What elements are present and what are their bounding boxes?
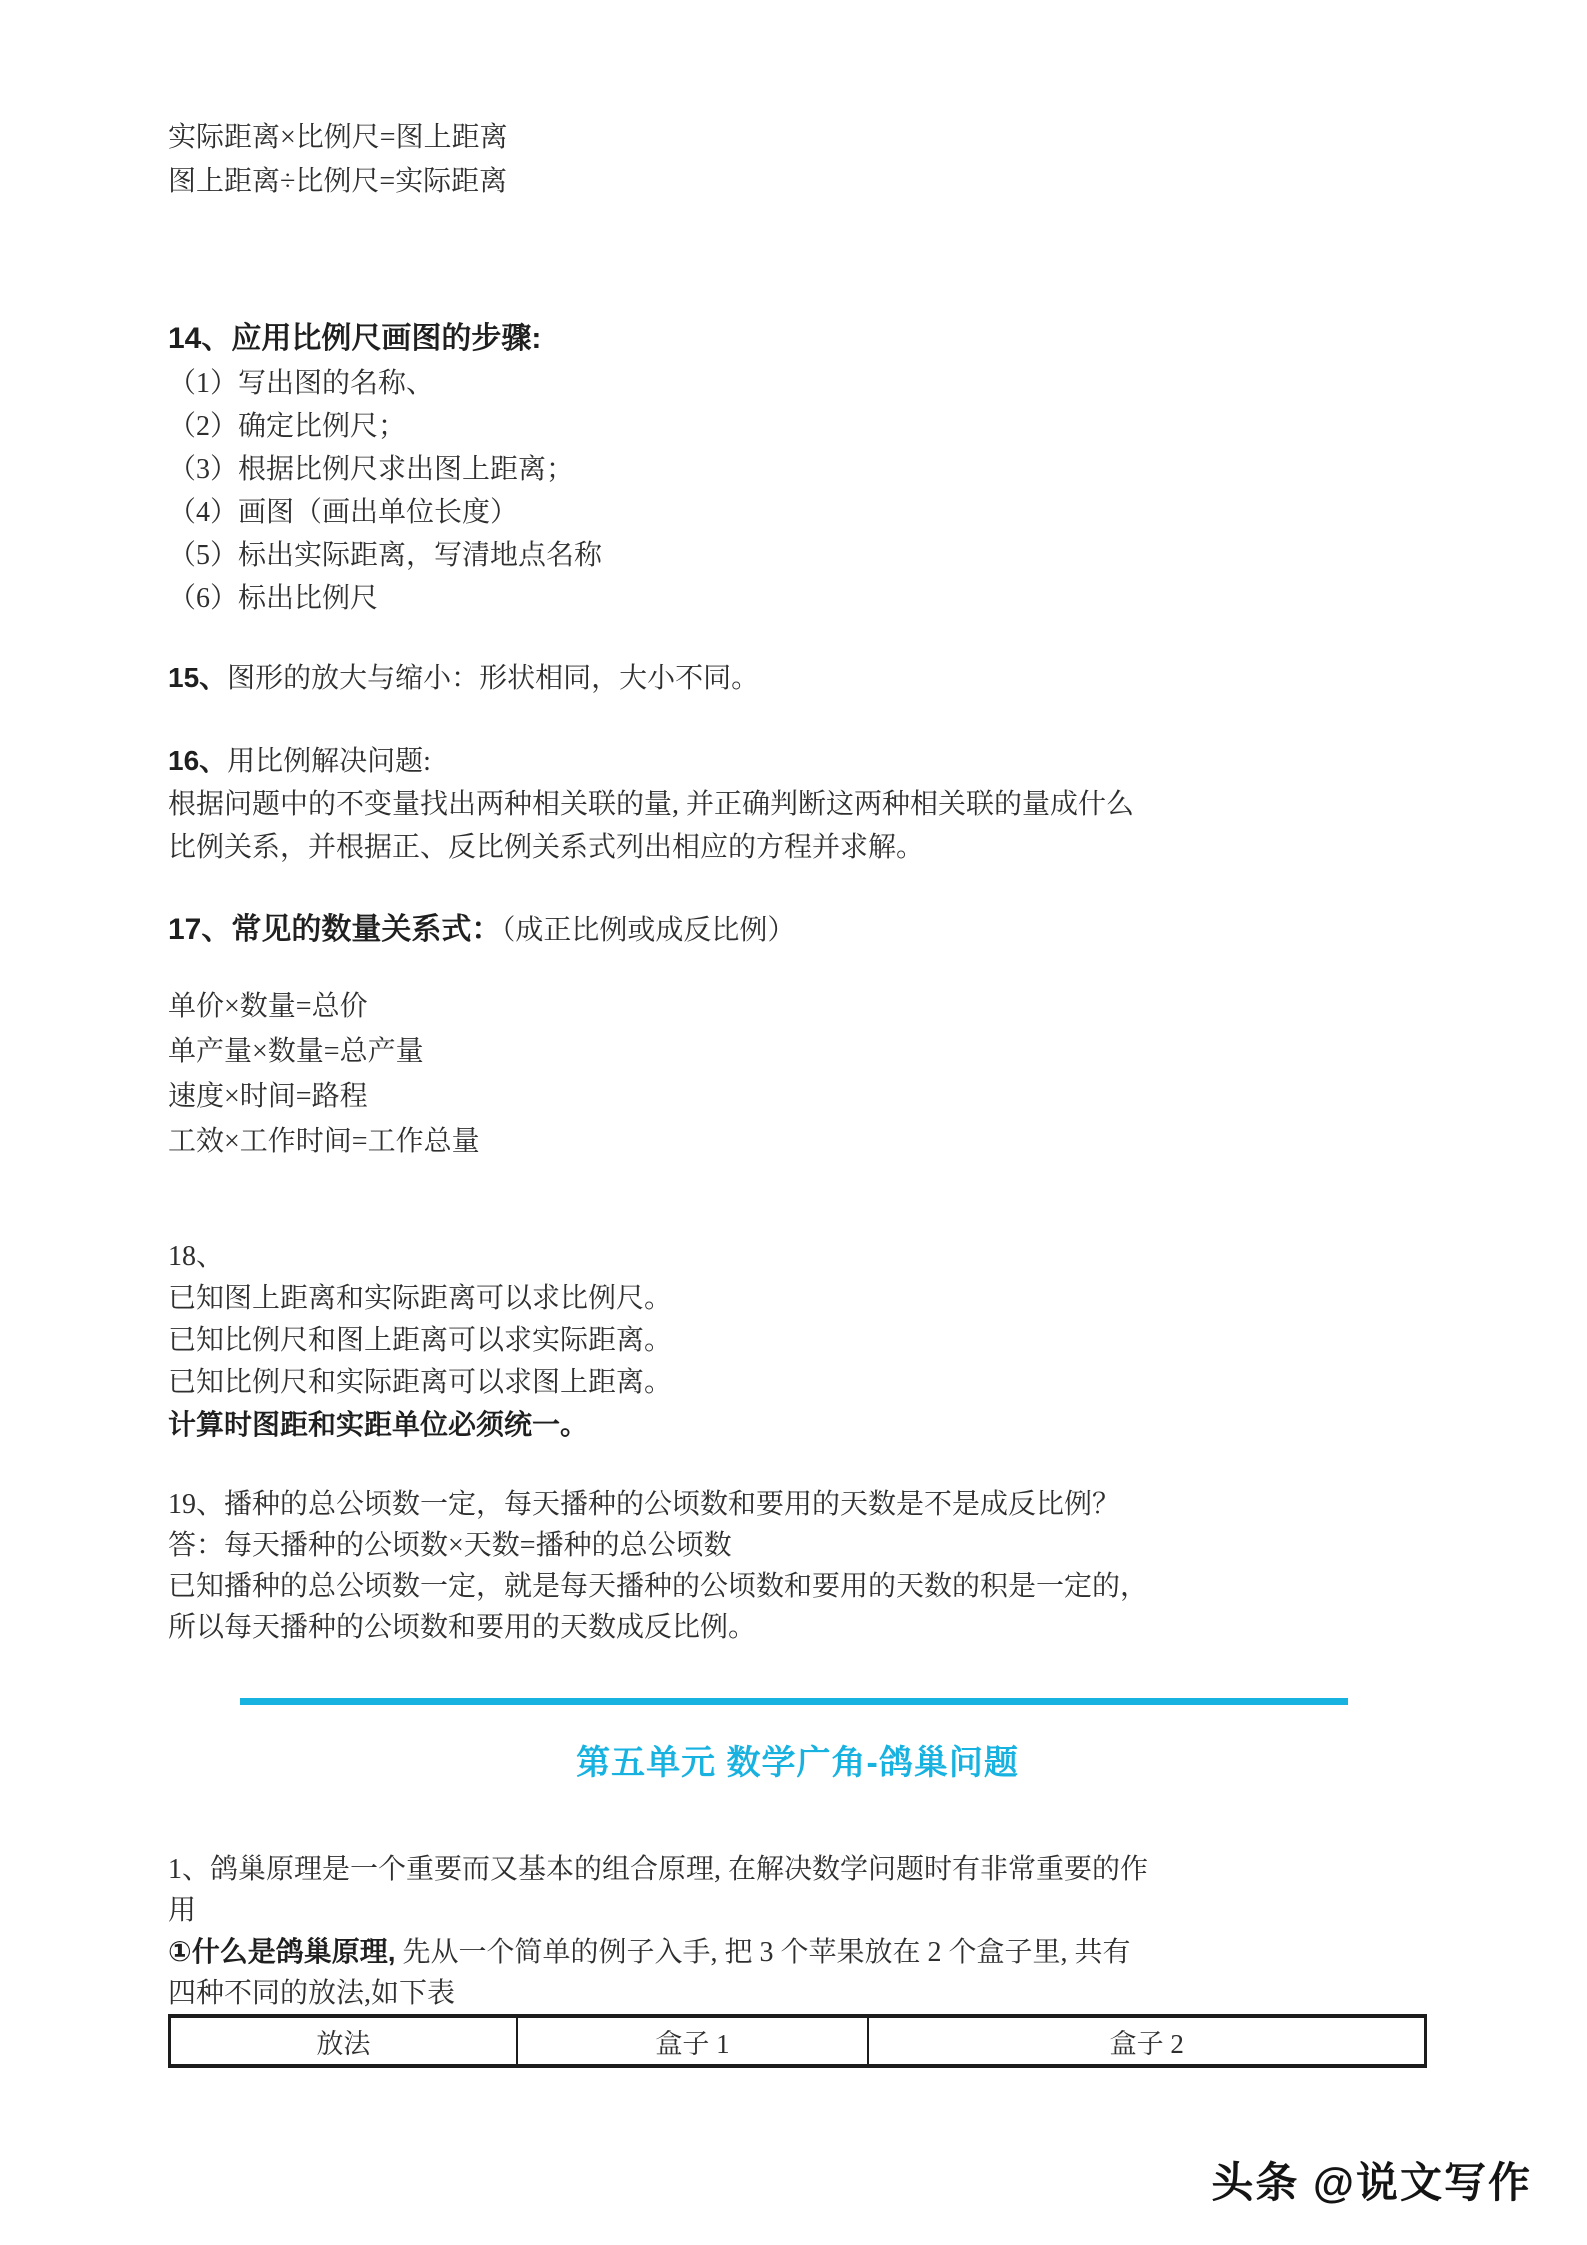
table-header-cell: 盒子 2 <box>868 2016 1425 2066</box>
formula-line: 实际距离×比例尺=图上距离 <box>168 116 1427 160</box>
intro-sub-line2: 四种不同的放法,如下表 <box>168 1973 1427 2014</box>
formula-line: 速度×时间=路程 <box>168 1074 1427 1119</box>
item18-bold-line: 计算时图距和实距单位必须统一。 <box>168 1404 1427 1446</box>
item18-line: 已知图上距离和实际距离可以求比例尺。 <box>168 1278 1427 1320</box>
item18-line: 已知比例尺和图上距离可以求实际距离。 <box>168 1320 1427 1362</box>
item18-number: 18、 <box>168 1236 1427 1278</box>
item19-line: 答：每天播种的公顷数×天数=播种的总公顷数 <box>168 1525 1427 1566</box>
step-line: （2）确定比例尺； <box>168 405 1427 448</box>
intro-sub-line: ①什么是鸽巢原理, 先从一个简单的例子入手, 把 3 个苹果放在 2 个盒子里,… <box>168 1931 1427 1973</box>
item14-heading: 14、应用比例尺画图的步骤: <box>168 316 1427 362</box>
apple-placement-table: 放法 盒子 1 盒子 2 <box>168 2014 1427 2068</box>
pigeonhole-def-rest: 先从一个简单的例子入手, 把 3 个苹果放在 2 个盒子里, 共有 <box>396 1937 1131 1968</box>
pigeonhole-def-bold: ①什么是鸽巢原理, <box>168 1936 396 1967</box>
item16-block: 16、用比例解决问题: 根据问题中的不变量找出两种相关联的量, 并正确判断这两种… <box>168 739 1427 869</box>
item16-body-line: 比例关系，并根据正、反比例关系式列出相应的方程并求解。 <box>168 826 1427 869</box>
item16-heading: 16、用比例解决问题: <box>168 739 1427 783</box>
formula-line: 工效×工作时间=工作总量 <box>168 1119 1427 1164</box>
item16-number: 16、 <box>168 745 227 776</box>
unit5-intro: 1、鸽巢原理是一个重要而又基本的组合原理, 在解决数学问题时有非常重要的作 用 … <box>168 1849 1427 2014</box>
item17-heading-bold: 17、常见的数量关系式： <box>168 913 501 946</box>
intro-line: 用 <box>168 1890 1427 1931</box>
step-line: （6）标出比例尺 <box>168 577 1427 620</box>
section-divider <box>240 1698 1348 1705</box>
item15-line: 15、图形的放大与缩小：形状相同，大小不同。 <box>168 656 1427 701</box>
watermark-text: 头条 @说文写作 <box>1211 2150 1532 2210</box>
formula-line: 图上距离÷比例尺=实际距离 <box>168 160 1427 204</box>
item16-body-line: 根据问题中的不变量找出两种相关联的量, 并正确判断这两种相关联的量成什么 <box>168 783 1427 826</box>
scale-formula-pair: 实际距离×比例尺=图上距离 图上距离÷比例尺=实际距离 <box>168 116 1427 204</box>
item19-line: 19、播种的总公顷数一定，每天播种的公顷数和要用的天数是不是成反比例？ <box>168 1484 1427 1525</box>
table-header-cell: 盒子 1 <box>517 2016 869 2066</box>
item17-heading: 17、常见的数量关系式：（成正比例或成反比例） <box>168 907 1427 954</box>
item14-steps: （1）写出图的名称、 （2）确定比例尺； （3）根据比例尺求出图上距离； （4）… <box>168 362 1427 620</box>
item18-block: 18、 已知图上距离和实际距离可以求比例尺。 已知比例尺和图上距离可以求实际距离… <box>168 1236 1427 1446</box>
step-line: （1）写出图的名称、 <box>168 362 1427 405</box>
item19-line: 已知播种的总公顷数一定，就是每天播种的公顷数和要用的天数的积是一定的， <box>168 1566 1427 1607</box>
step-line: （3）根据比例尺求出图上距离； <box>168 448 1427 491</box>
item18-line: 已知比例尺和实际距离可以求图上距离。 <box>168 1362 1427 1404</box>
item17-note: （成正比例或成反比例） <box>501 915 795 946</box>
step-line: （5）标出实际距离，写清地点名称 <box>168 534 1427 577</box>
formula-line: 单价×数量=总价 <box>168 984 1427 1029</box>
item17-formulas: 单价×数量=总价 单产量×数量=总产量 速度×时间=路程 工效×工作时间=工作总… <box>168 984 1427 1164</box>
document-page: 实际距离×比例尺=图上距离 图上距离÷比例尺=实际距离 14、应用比例尺画图的步… <box>0 0 1587 2245</box>
step-line: （4）画图（画出单位长度） <box>168 491 1427 534</box>
table-header-row: 放法 盒子 1 盒子 2 <box>170 2016 1426 2066</box>
page-content: 实际距离×比例尺=图上距离 图上距离÷比例尺=实际距离 14、应用比例尺画图的步… <box>0 0 1587 2068</box>
item19-block: 19、播种的总公顷数一定，每天播种的公顷数和要用的天数是不是成反比例？ 答：每天… <box>168 1484 1427 1648</box>
item16-title: 用比例解决问题: <box>227 746 431 777</box>
item19-line: 所以每天播种的公顷数和要用的天数成反比例。 <box>168 1607 1427 1648</box>
unit5-title: 第五单元 数学广角-鸽巢问题 <box>168 1739 1427 1787</box>
intro-line: 1、鸽巢原理是一个重要而又基本的组合原理, 在解决数学问题时有非常重要的作 <box>168 1849 1427 1890</box>
table-header-cell: 放法 <box>170 2016 517 2066</box>
item15-text: 图形的放大与缩小：形状相同，大小不同。 <box>227 663 759 694</box>
formula-line: 单产量×数量=总产量 <box>168 1029 1427 1074</box>
item15-number: 15、 <box>168 662 227 693</box>
